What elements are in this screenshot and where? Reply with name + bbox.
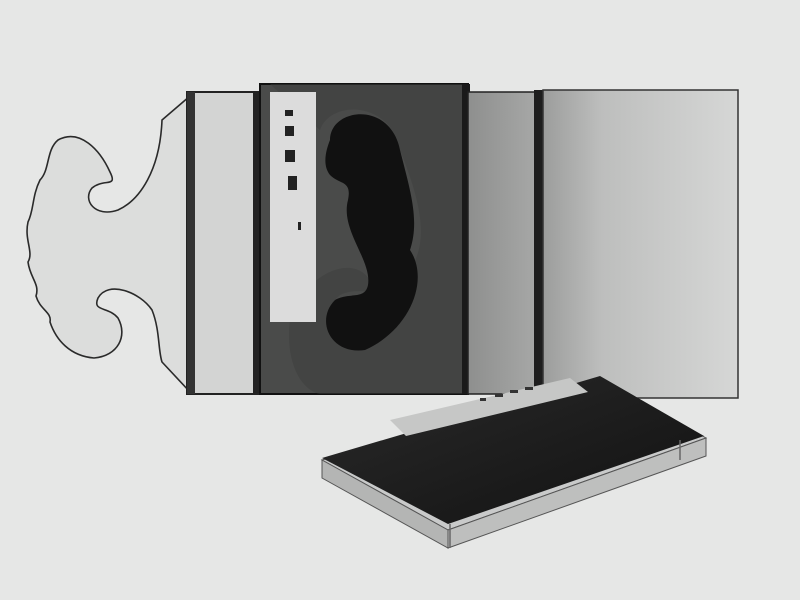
book-front-panel <box>260 84 470 394</box>
inner-flap <box>543 90 738 398</box>
bound-book <box>322 376 706 548</box>
photo-scene <box>0 0 800 600</box>
spine-panel-left <box>187 92 261 394</box>
spine-panel-right <box>468 90 543 394</box>
cloud-flap <box>27 96 190 392</box>
